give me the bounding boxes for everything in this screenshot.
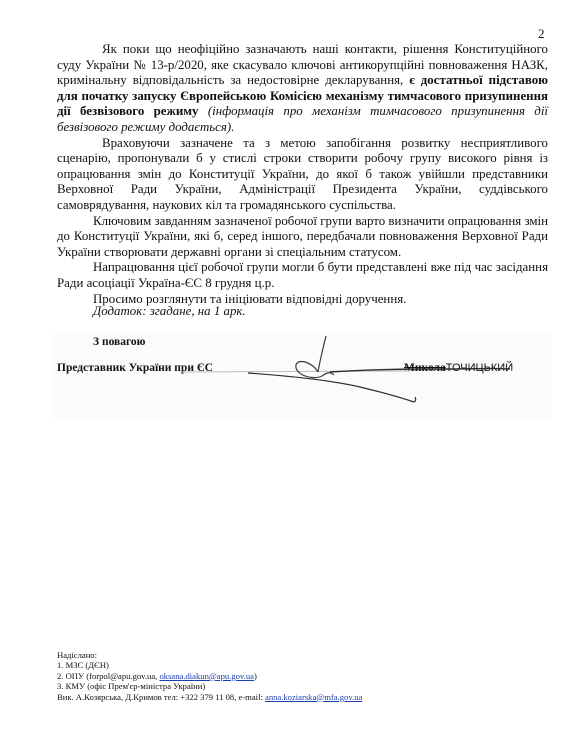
signatory-first-name: Микола [404, 362, 446, 374]
recipient-2-suffix: ) [254, 671, 257, 681]
signatory-name: МиколаТОЧИЦЬКИЙ [404, 362, 513, 374]
letter-body: Як поки що неофіційно зазначають наші ко… [57, 42, 548, 307]
page-number: 2 [538, 26, 545, 42]
paragraph-3: Ключовим завданням зазначеної робочої гр… [57, 214, 548, 261]
executor-email-link[interactable]: anna.koziarska@mfa.gov.ua [265, 692, 362, 702]
signatory-position: Представник України при ЄС [57, 362, 213, 374]
paragraph-4: Напрацювання цієї робочої групи могли б … [57, 260, 548, 291]
recipient-1: 1. МЗС (ДЄН) [57, 660, 362, 670]
paragraph-2: Враховуючи зазначене та з метою запобіга… [57, 136, 548, 214]
sent-label: Надіслано: [57, 650, 362, 660]
signatory-surname: ТОЧИЦЬКИЙ [446, 362, 513, 374]
footer-distribution: Надіслано: 1. МЗС (ДЄН) 2. ОПУ (forpol@a… [57, 650, 362, 702]
recipient-3: 3. КМУ (офіс Прем'єр-міністра України) [57, 681, 362, 691]
regards-line: З повагою [93, 336, 145, 348]
recipient-2-email-link[interactable]: oksana.diakun@apu.gov.ua [159, 671, 253, 681]
paragraph-1-end: . [231, 120, 234, 134]
executor-line: Вик. А.Козярська, Д.Кримов тел: +322 379… [57, 692, 362, 702]
paragraph-1: Як поки що неофіційно зазначають наші ко… [57, 42, 548, 136]
recipient-2: 2. ОПУ (forpol@apu.gov.ua, oksana.diakun… [57, 671, 362, 681]
annex-note: Додаток: згадане, на 1 арк. [93, 304, 246, 319]
recipient-2-text: 2. ОПУ (forpol@apu.gov.ua, [57, 671, 159, 681]
executor-text: Вик. А.Козярська, Д.Кримов тел: +322 379… [57, 692, 265, 702]
